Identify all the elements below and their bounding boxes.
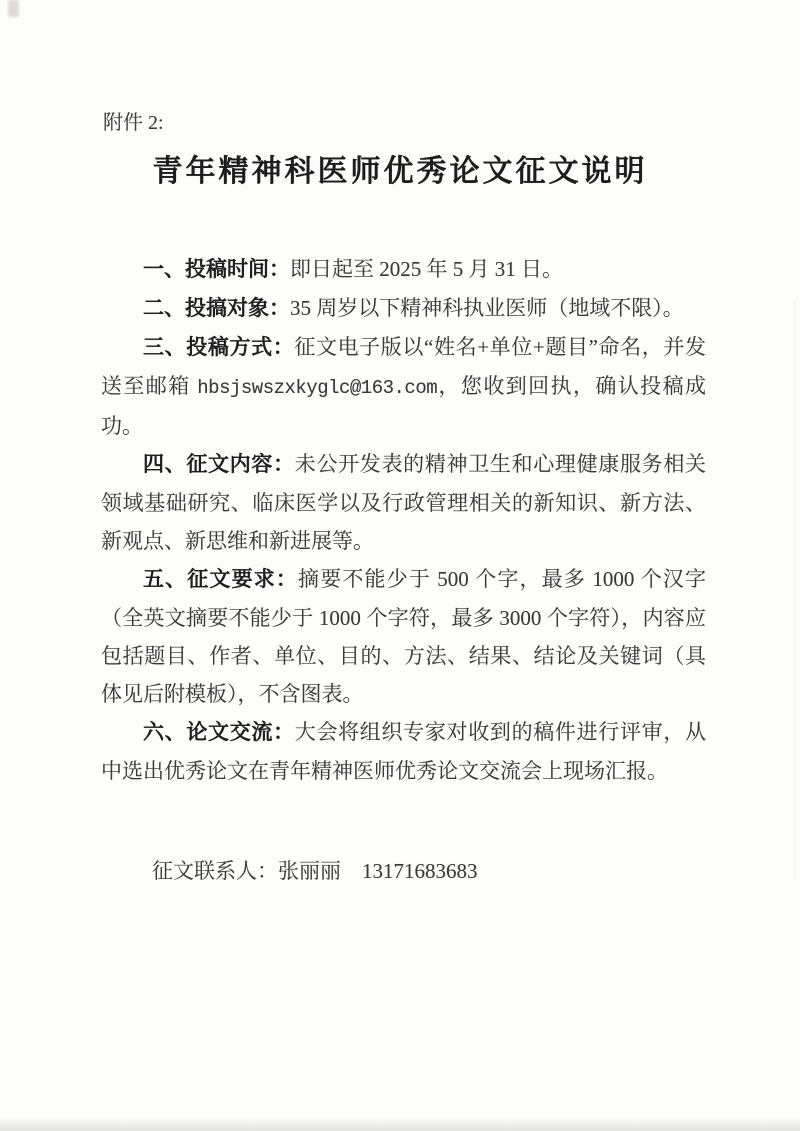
section-submission-method-label: 三、投稿方式： — [143, 336, 294, 359]
document-body: 一、投稿时间：即日起至 2025 年 5 月 31 日。 二、投搞对象：35 周… — [101, 250, 706, 790]
section-paper-exchange: 六、论文交流：大会将组织专家对收到的稿件进行评审，从中选出优秀论文在青年精神医师… — [101, 713, 706, 790]
section-essay-content-label: 四、征文内容： — [143, 453, 295, 476]
section-submission-time-label: 一、投稿时间： — [143, 258, 290, 281]
scan-corner-smudge — [8, 0, 19, 17]
section-submission-time: 一、投稿时间：即日起至 2025 年 5 月 31 日。 — [101, 250, 706, 289]
scan-bottom-shadow — [0, 1117, 800, 1131]
email-address: hbsjswszxkyglc@163.com — [197, 377, 437, 399]
document-page: 附件 2: 青年精神科医师优秀论文征文说明 一、投稿时间：即日起至 2025 年… — [0, 0, 800, 1131]
section-submission-target-text: 35 周岁以下精神科执业医师（地域不限）。 — [290, 296, 684, 320]
document-title: 青年精神科医师优秀论文征文说明 — [0, 150, 800, 194]
section-essay-requirements-label: 五、征文要求： — [143, 568, 298, 591]
section-submission-method: 三、投稿方式：征文电子版以“姓名+单位+题目”命名，并发送至邮箱 hbsjsws… — [101, 328, 706, 445]
scan-edge-line — [794, 300, 795, 880]
section-submission-target: 二、投搞对象：35 周岁以下精神科执业医师（地域不限）。 — [101, 289, 706, 328]
section-submission-time-text: 即日起至 2025 年 5 月 31 日。 — [290, 257, 563, 281]
section-submission-target-label: 二、投搞对象： — [143, 297, 290, 320]
attachment-label: 附件 2: — [103, 110, 164, 136]
contact-line: 征文联系人：张丽丽 13171683683 — [152, 852, 478, 890]
section-essay-content: 四、征文内容：未公开发表的精神卫生和心理健康服务相关领域基础研究、临床医学以及行… — [101, 445, 706, 560]
section-paper-exchange-label: 六、论文交流： — [143, 721, 295, 744]
section-essay-requirements: 五、征文要求：摘要不能少于 500 个字，最多 1000 个汉字（全英文摘要不能… — [101, 560, 706, 713]
